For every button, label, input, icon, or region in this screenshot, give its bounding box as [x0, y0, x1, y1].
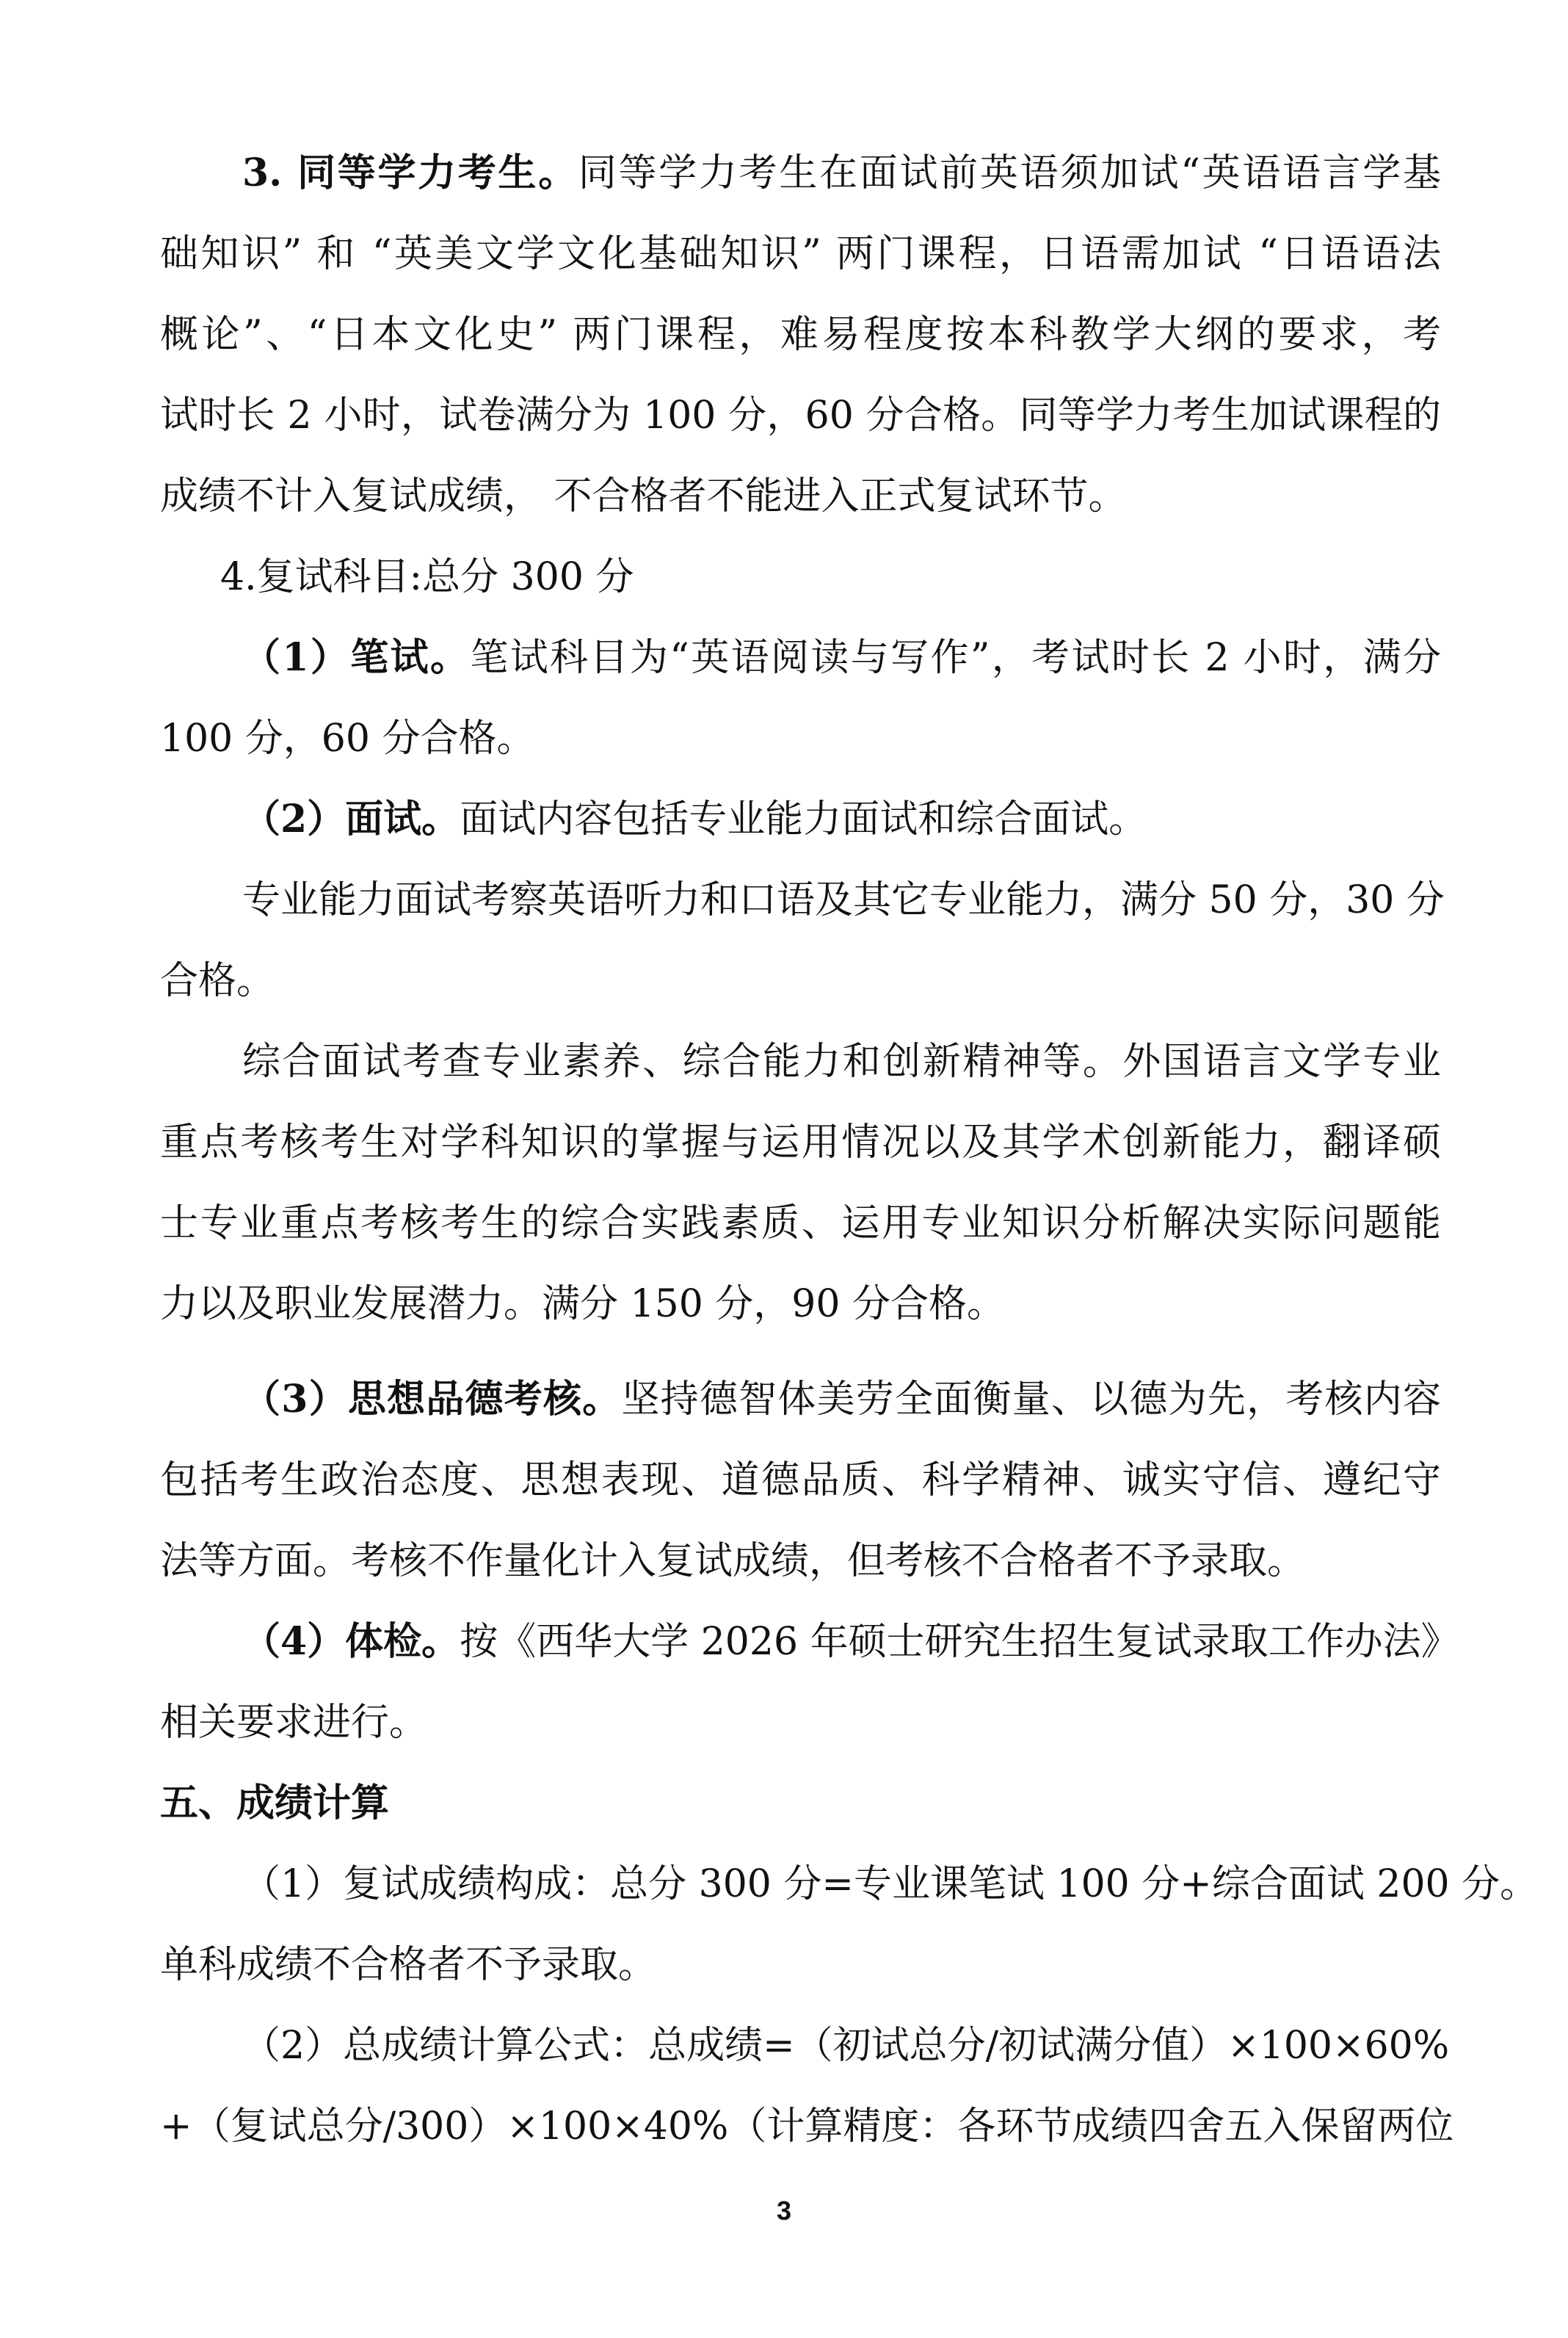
paragraph-moral-assessment-line-3: 法等方面。考核不作量化计入复试成绩，但考核不合格者不予录取。: [160, 1539, 1441, 1583]
paragraph-professional-interview-line-1: 专业能力面试考察英语听力和口语及其它专业能力，满分 50 分，30 分: [242, 878, 1441, 922]
paragraph-written-exam-line-1: （1）笔试。笔试科目为“英语阅读与写作”，考试时长 2 小时，满分: [242, 636, 1441, 680]
document-page: 3. 同等学力考生。同等学力考生在面试前英语须加试“英语语言学基 础知识” 和 …: [0, 0, 1568, 2338]
paragraph-equivalent-candidates-line-5: 成绩不计入复试成绩， 不合格者不能进入正式复试环节。: [160, 474, 1441, 518]
paragraph-retest-score-composition-line-2: 单科成绩不合格者不予录取。: [160, 1943, 1441, 1987]
paragraph-equivalent-candidates-line-2: 础知识” 和 “英美文学文化基础知识” 两门课程，日语需加试 “日语语法: [160, 232, 1441, 276]
paragraph-equivalent-candidates-line-4: 试时长 2 小时，试卷满分为 100 分，60 分合格。同等学力考生加试课程的: [160, 394, 1441, 438]
item-3-lead: 3. 同等学力考生。: [242, 151, 578, 195]
interview-lead: （2）面试。: [242, 797, 460, 842]
heading-retest-subjects: 4.复试科目:总分 300 分: [220, 555, 1441, 599]
paragraph-interview: （2）面试。面试内容包括专业能力面试和综合面试。: [242, 797, 1441, 842]
paragraph-retest-score-composition-line-1: （1）复试成绩构成：总分 300 分=专业课笔试 100 分+综合面试 200 …: [242, 1862, 1441, 1906]
paragraph-equivalent-candidates-line-1: 3. 同等学力考生。同等学力考生在面试前英语须加试“英语语言学基: [242, 151, 1441, 195]
written-exam-rest: 笔试科目为“英语阅读与写作”，考试时长 2 小时，满分: [470, 636, 1441, 680]
paragraph-medical-exam-line-2: 相关要求进行。: [160, 1701, 1441, 1745]
moral-assessment-lead: （3）思想品德考核。: [242, 1377, 621, 1422]
paragraph-medical-exam-line-1: （4）体检。按《西华大学 2026 年硕士研究生招生复试录取工作办法》: [242, 1620, 1441, 1664]
paragraph-moral-assessment-line-2: 包括考生政治态度、思想表现、道德品质、科学精神、诚实守信、遵纪守: [160, 1458, 1441, 1502]
paragraph-written-exam-line-2: 100 分，60 分合格。: [160, 717, 1441, 761]
paragraph-equivalent-candidates-line-3: 概论”、“日本文化史” 两门课程，难易程度按本科教学大纲的要求，考: [160, 313, 1441, 357]
paragraph-professional-interview-line-2: 合格。: [160, 959, 1441, 1003]
interview-rest: 面试内容包括专业能力面试和综合面试。: [460, 797, 1147, 842]
paragraph-total-score-formula-line-1: （2）总成绩计算公式：总成绩=（初试总分/初试满分值）×100×60%: [242, 2024, 1441, 2068]
heading-score-calculation: 五、成绩计算: [160, 1781, 1441, 1825]
paragraph-total-score-formula-line-2: +（复试总分/300）×100×40%（计算精度：各环节成绩四舍五入保留两位: [160, 2104, 1441, 2149]
paragraph-moral-assessment-line-1: （3）思想品德考核。坚持德智体美劳全面衡量、以德为先，考核内容: [242, 1378, 1441, 1422]
paragraph-comprehensive-interview-line-3: 士专业重点考核考生的综合实践素质、运用专业知识分析解决实际问题能: [160, 1201, 1441, 1245]
page-number: 3: [0, 2196, 1568, 2226]
paragraph-comprehensive-interview-line-1: 综合面试考查专业素养、综合能力和创新精神等。外国语言文学专业: [242, 1040, 1441, 1084]
paragraph-comprehensive-interview-line-4: 力以及职业发展潜力。满分 150 分，90 分合格。: [160, 1282, 1441, 1326]
item-3-rest: 同等学力考生在面试前英语须加试“英语语言学基: [578, 151, 1441, 195]
medical-exam-lead: （4）体检。: [242, 1619, 460, 1664]
paragraph-comprehensive-interview-line-2: 重点考核考生对学科知识的掌握与运用情况以及其学术创新能力，翻译硕: [160, 1121, 1441, 1165]
moral-assessment-rest: 坚持德智体美劳全面衡量、以德为先，考核内容: [621, 1378, 1441, 1422]
medical-exam-rest: 按《西华大学 2026 年硕士研究生招生复试录取工作办法》: [460, 1620, 1459, 1664]
written-exam-lead: （1）笔试。: [242, 635, 470, 680]
